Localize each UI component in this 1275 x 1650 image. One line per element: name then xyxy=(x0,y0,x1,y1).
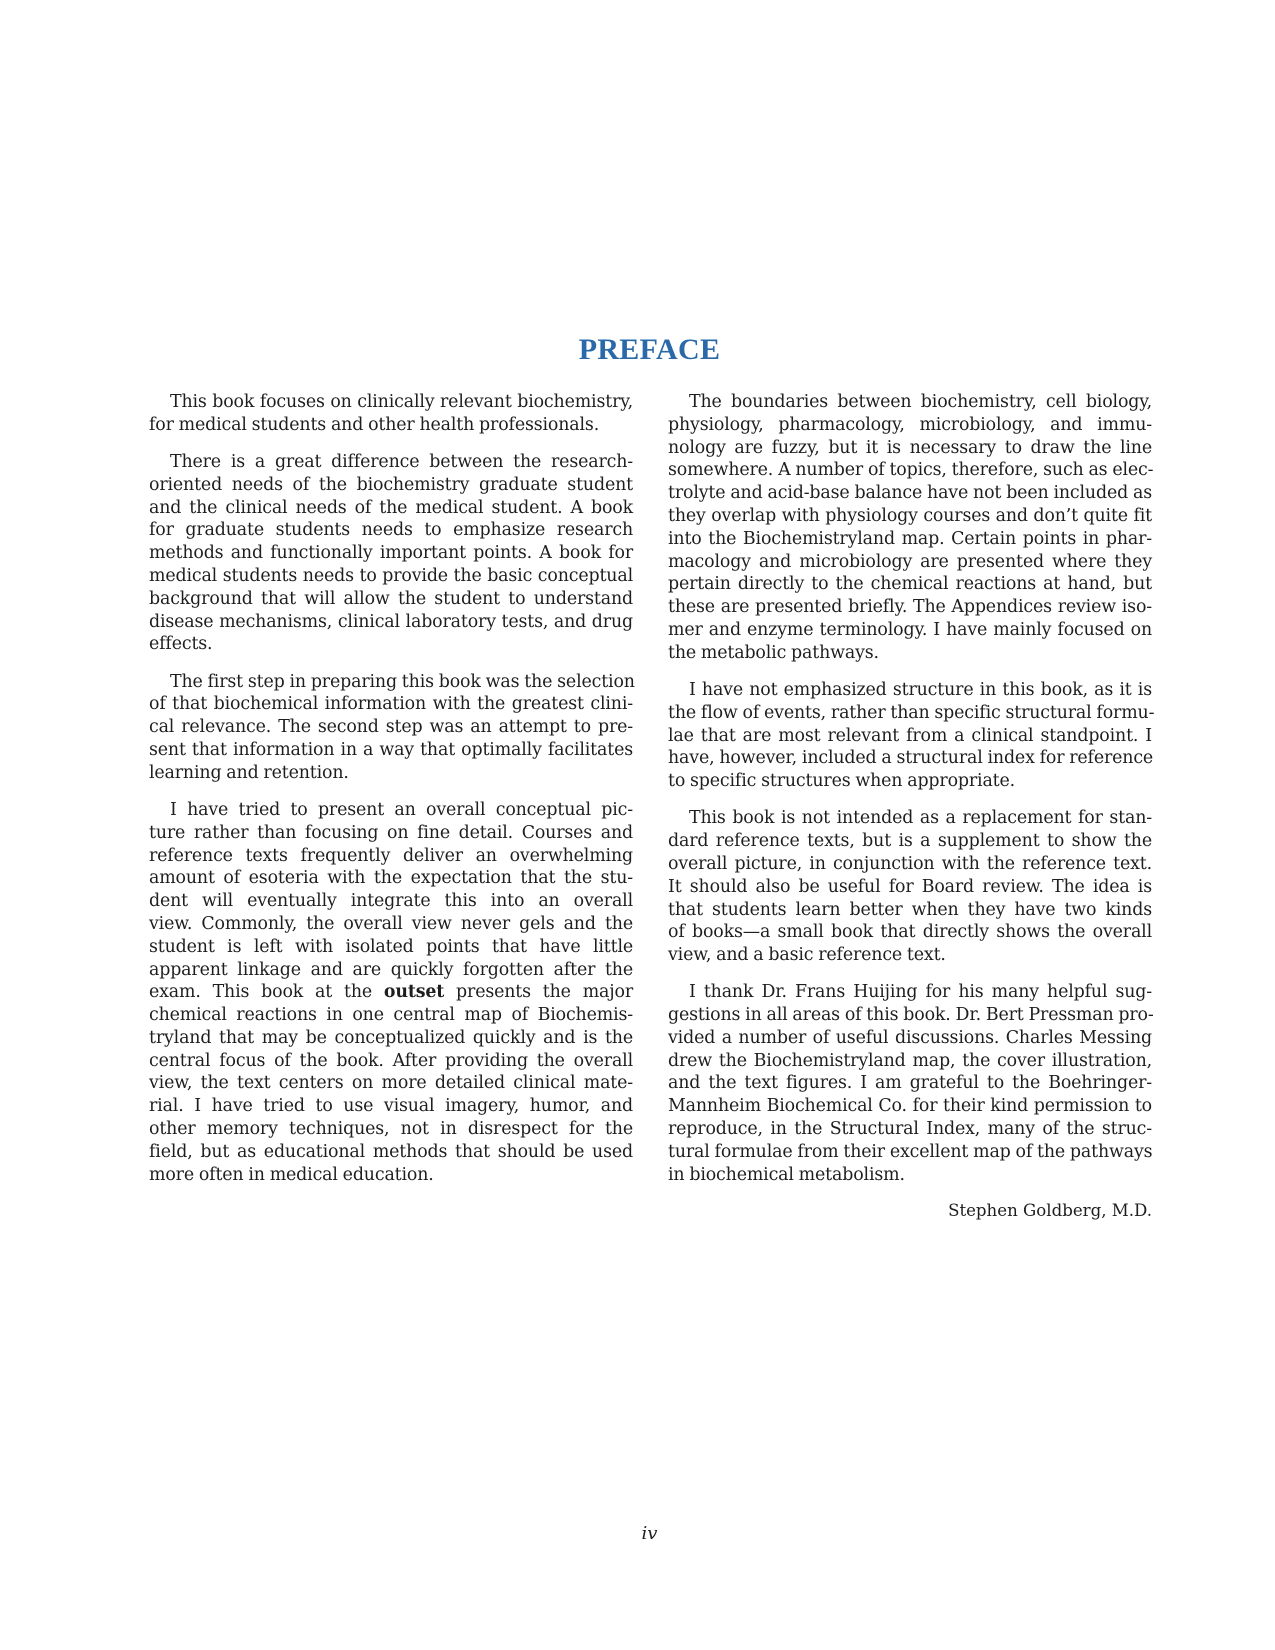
text-line: sent that information in a way that opti… xyxy=(149,739,633,762)
text-line: dard reference texts, but is a supplemen… xyxy=(668,830,1152,853)
text-line: This book is not intended as a replaceme… xyxy=(668,807,1152,830)
text-line: oriented needs of the biochemistry gradu… xyxy=(149,474,633,497)
text-line: reference texts frequently deliver an ov… xyxy=(149,845,633,868)
text-line: medical students needs to provide the ba… xyxy=(149,565,633,588)
text-line: and the text figures. I am grateful to t… xyxy=(668,1072,1152,1095)
text-line: overall picture, in conjunction with the… xyxy=(668,853,1152,876)
text-line: physiology, pharmacology, microbiology, … xyxy=(668,414,1152,437)
text-line: view, the text centers on more detailed … xyxy=(149,1072,633,1095)
text-line: chemical reactions in one central map of… xyxy=(149,1004,633,1027)
text-line: disease mechanisms, clinical laboratory … xyxy=(149,611,633,634)
text-line: exam. This book at the outset presents t… xyxy=(149,981,633,1004)
text-line: of books—a small book that directly show… xyxy=(668,921,1152,944)
text-line: reproduce, in the Structural Index, many… xyxy=(668,1118,1152,1141)
text-line: nology are fuzzy, but it is necessary to… xyxy=(668,437,1152,460)
text-line: other memory techniques, not in disrespe… xyxy=(149,1118,633,1141)
text-segment: presents the major xyxy=(444,982,633,1002)
text-line: learning and retention. xyxy=(149,762,633,785)
paragraph-structure: I have not emphasized structure in this … xyxy=(668,679,1152,793)
text-line: The first step in preparing this book wa… xyxy=(149,671,633,694)
text-line: student is left with isolated points tha… xyxy=(149,936,633,959)
text-line: central focus of the book. After providi… xyxy=(149,1050,633,1073)
text-segment: exam. This book at the xyxy=(149,982,384,1002)
text-line: lae that are most relevant from a clinic… xyxy=(668,725,1152,748)
text-line: There is a great difference between the … xyxy=(149,451,633,474)
text-line: effects. xyxy=(149,633,633,656)
text-line: macology and microbiology are presented … xyxy=(668,551,1152,574)
paragraph-acknowledgments: I thank Dr. Frans Huijing for his many h… xyxy=(668,981,1152,1186)
left-column: This book focuses on clinically relevant… xyxy=(149,391,633,1201)
text-line: have, however, included a structural ind… xyxy=(668,747,1152,770)
text-line: gestions in all areas of this book. Dr. … xyxy=(668,1004,1152,1027)
text-line: I have not emphasized structure in this … xyxy=(668,679,1152,702)
paragraph-boundaries: The boundaries between biochemistry, cel… xyxy=(668,391,1152,665)
text-line: mer and enzyme terminology. I have mainl… xyxy=(668,619,1152,642)
text-line: the flow of events, rather than specific… xyxy=(668,702,1152,725)
text-line: they overlap with physiology courses and… xyxy=(668,505,1152,528)
text-line: to specific structures when appropriate. xyxy=(668,770,1152,793)
text-line: into the Biochemistryland map. Certain p… xyxy=(668,528,1152,551)
text-line: dent will eventually integrate this into… xyxy=(149,890,633,913)
paragraph-steps: The first step in preparing this book wa… xyxy=(149,671,633,785)
text-line: the metabolic pathways. xyxy=(668,642,1152,665)
text-line: This book focuses on clinically relevant… xyxy=(149,391,633,414)
text-line: view. Commonly, the overall view never g… xyxy=(149,913,633,936)
text-line: background that will allow the student t… xyxy=(149,588,633,611)
text-line: that students learn better when they hav… xyxy=(668,899,1152,922)
page-number: iv xyxy=(0,1523,1275,1544)
text-line: pertain directly to the chemical reactio… xyxy=(668,573,1152,596)
author-signature: Stephen Goldberg, M.D. xyxy=(668,1200,1152,1223)
text-line: drew the Biochemistryland map, the cover… xyxy=(668,1050,1152,1073)
text-line: It should also be useful for Board revie… xyxy=(668,876,1152,899)
text-line: I have tried to present an overall conce… xyxy=(149,799,633,822)
text-line: somewhere. A number of topics, therefore… xyxy=(668,459,1152,482)
paragraph-supplement: This book is not intended as a replaceme… xyxy=(668,807,1152,967)
right-column: The boundaries between biochemistry, cel… xyxy=(668,391,1152,1223)
text-line: trolyte and acid-base balance have not b… xyxy=(668,482,1152,505)
text-line: vided a number of useful discussions. Ch… xyxy=(668,1027,1152,1050)
text-line: rial. I have tried to use visual imagery… xyxy=(149,1095,633,1118)
emphasis-outset: outset xyxy=(384,982,444,1002)
text-line: for medical students and other health pr… xyxy=(149,414,633,437)
text-line: The boundaries between biochemistry, cel… xyxy=(668,391,1152,414)
text-line: Mannheim Biochemical Co. for their kind … xyxy=(668,1095,1152,1118)
text-line: these are presented briefly. The Appendi… xyxy=(668,596,1152,619)
text-line: more often in medical education. xyxy=(149,1164,633,1187)
paragraph-approach: I have tried to present an overall conce… xyxy=(149,799,633,1187)
paragraph-needs: There is a great difference between the … xyxy=(149,451,633,656)
page-title: PREFACE xyxy=(0,333,1275,367)
text-line: apparent linkage and are quickly forgott… xyxy=(149,959,633,982)
text-line: and the clinical needs of the medical st… xyxy=(149,497,633,520)
text-line: view, and a basic reference text. xyxy=(668,944,1152,967)
text-line: in biochemical metabolism. xyxy=(668,1164,1152,1187)
text-line: methods and functionally important point… xyxy=(149,542,633,565)
text-line: for graduate students needs to emphasize… xyxy=(149,519,633,542)
text-line: tural formulae from their excellent map … xyxy=(668,1141,1152,1164)
text-line: tryland that may be conceptualized quick… xyxy=(149,1027,633,1050)
text-line: ture rather than focusing on fine detail… xyxy=(149,822,633,845)
text-line: of that biochemical information with the… xyxy=(149,693,633,716)
text-line: amount of esoteria with the expectation … xyxy=(149,867,633,890)
paragraph-intro: This book focuses on clinically relevant… xyxy=(149,391,633,437)
text-line: cal relevance. The second step was an at… xyxy=(149,716,633,739)
text-line: I thank Dr. Frans Huijing for his many h… xyxy=(668,981,1152,1004)
text-line: field, but as educational methods that s… xyxy=(149,1141,633,1164)
